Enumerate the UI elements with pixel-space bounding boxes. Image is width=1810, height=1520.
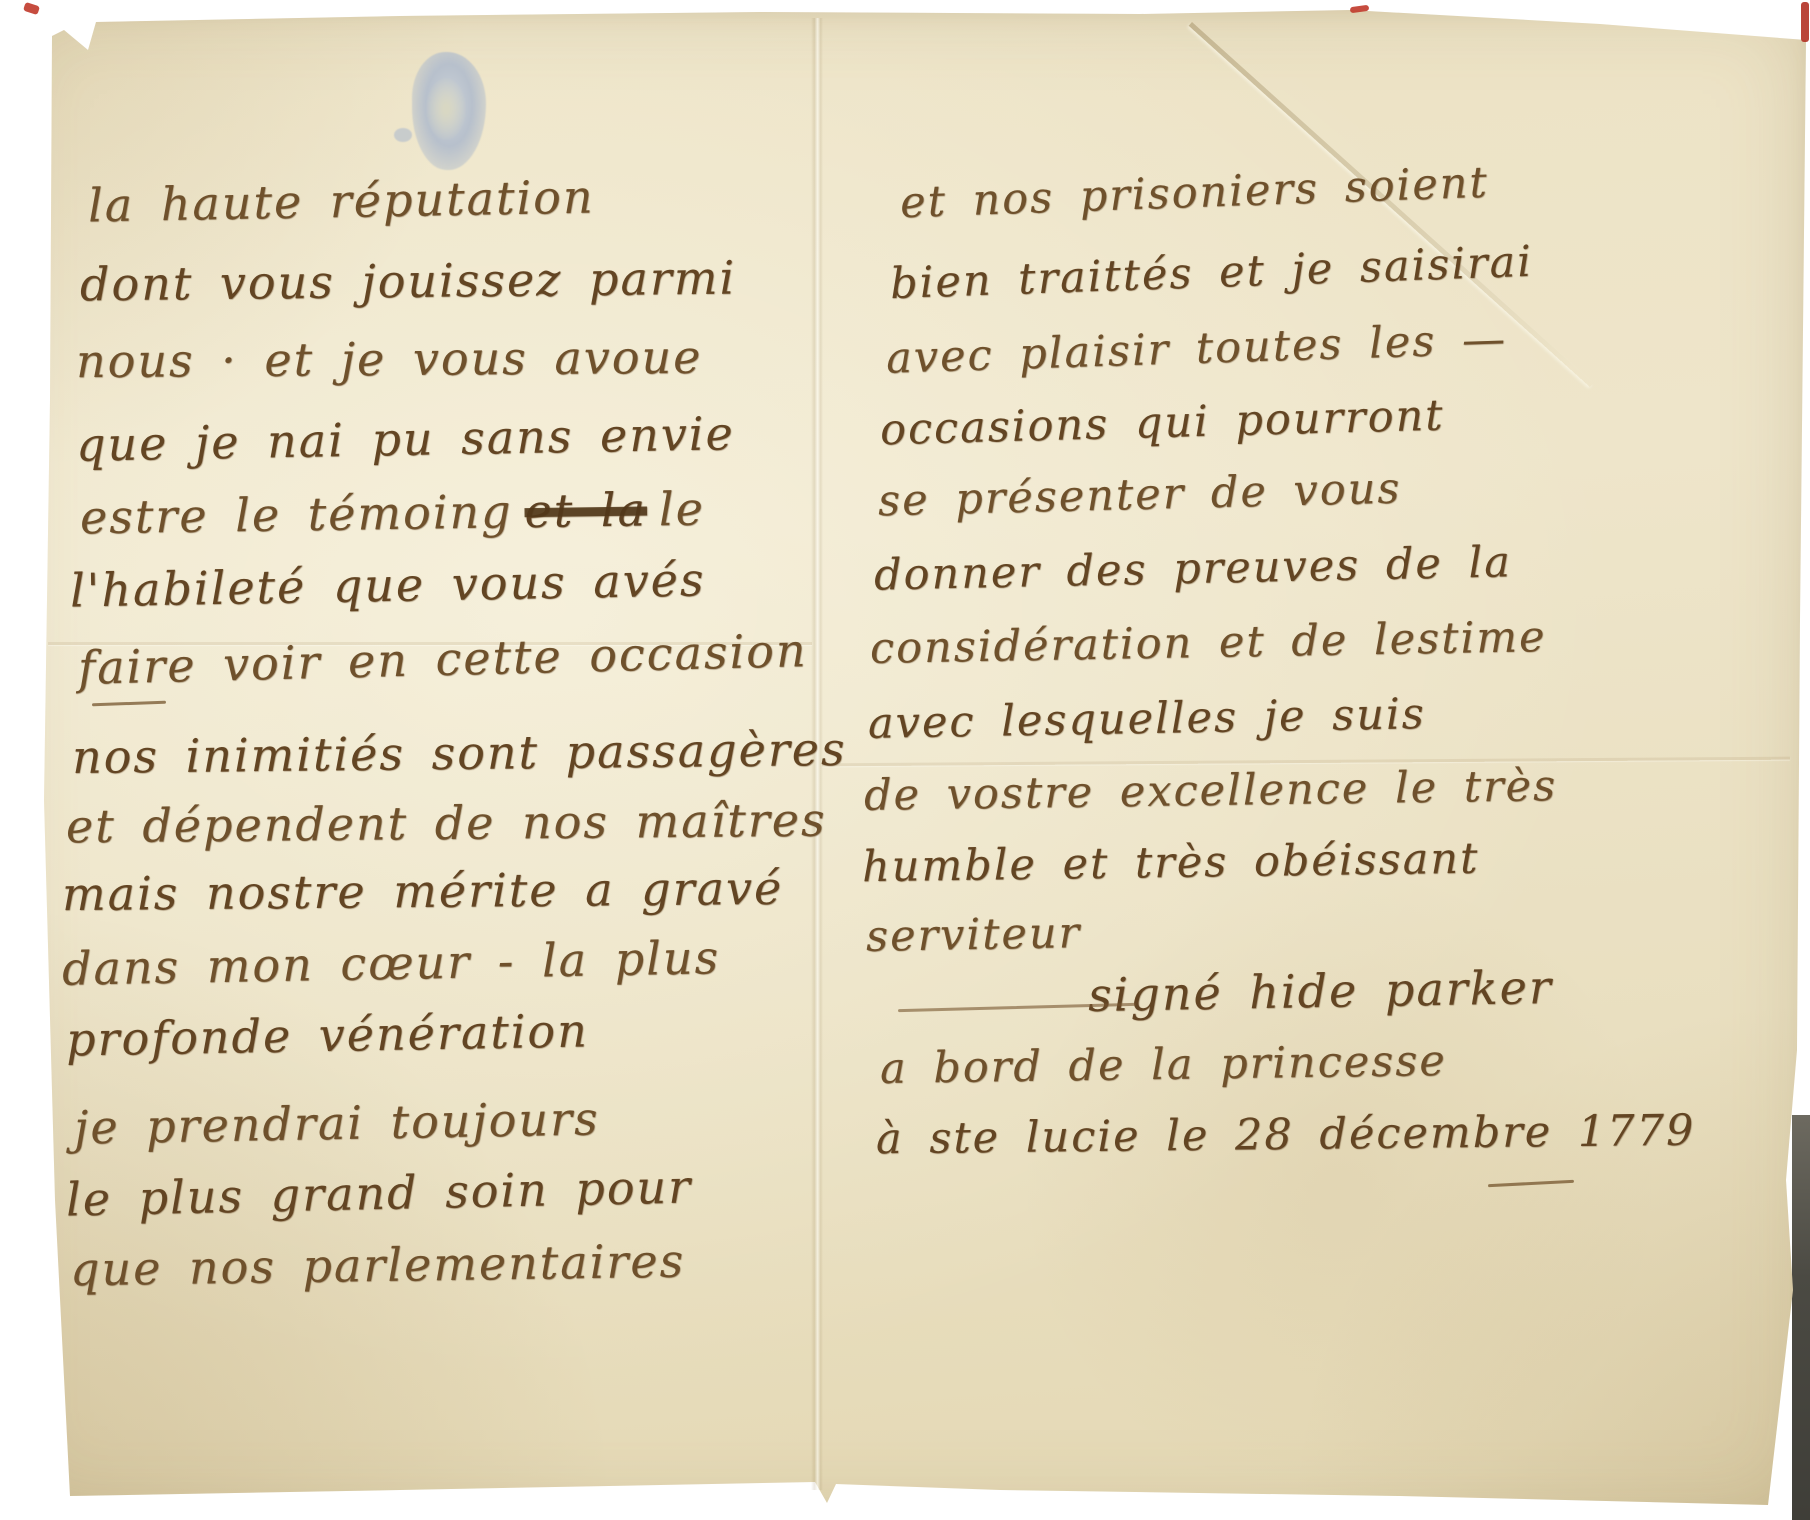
handwritten-line: avec lesquelles je suis [868,693,1426,746]
handwritten-line: mais nostre mérite a gravé [62,865,784,917]
handwritten-line: la haute réputation [88,174,595,229]
handwritten-line-with-correction: estre le témoinget lale [80,486,706,541]
handwritten-line: serviteur [866,912,1082,959]
handwritten-line: et dépendent de nos maîtres [66,797,827,850]
red-scan-mark [23,2,40,15]
handwritten-line: nous · et je vous avoue [76,334,703,384]
handwritten-line: je prendrai toujours [74,1095,600,1150]
seal-residue-dot [394,128,412,142]
handwritten-line: que je nai pu sans envie [76,410,735,467]
place-line: a bord de la princesse [880,1040,1447,1091]
scanner-bed-edge [1792,1115,1810,1520]
signature-line: signé hide parker [1088,964,1554,1018]
red-scan-mark [1801,2,1809,42]
handwritten-line: se présenter de vous [878,468,1402,524]
line-text: le [659,482,706,537]
handwritten-line: que nos parlementaires [70,1238,686,1293]
letter-scan: la haute réputation dont vous jouissez p… [0,0,1810,1520]
handwritten-line: nos inimitiés sont passagères [72,726,847,780]
handwritten-line: dont vous jouissez parmi [80,255,737,308]
handwritten-line: l'habileté que vous avés [70,556,706,613]
handwritten-line: humble et très obéissant [862,838,1480,890]
handwritten-line: dans mon cœur - la plus [62,934,721,991]
date-line: à ste lucie le 28 décembre 1779 [876,1110,1696,1162]
crossed-out-word: et la [524,482,647,538]
handwritten-line: le plus grand soin pour [66,1163,693,1222]
handwritten-line: de vostre excellence le très [864,765,1558,818]
handwritten-line: considération et de lestime [870,616,1547,671]
handwritten-line: donner des preuves de la [874,541,1513,597]
seal-residue-highlight [426,78,466,140]
line-text: estre le témoing [80,484,513,544]
handwritten-line: profonde vénération [66,1007,589,1062]
